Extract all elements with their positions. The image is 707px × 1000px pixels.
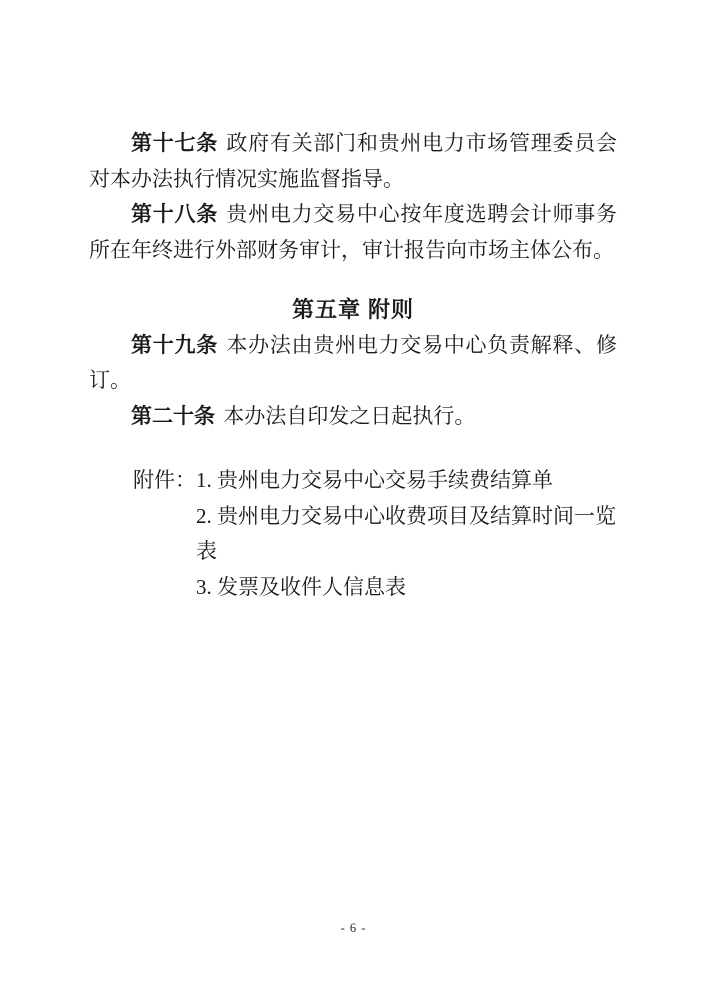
attachments-list: 1. 贵州电力交易中心交易手续费结算单 2. 贵州电力交易中心收费项目及结算时间… bbox=[196, 463, 617, 605]
chapter-heading: 第五章 附则 bbox=[89, 292, 617, 328]
attachment-item-3: 3. 发票及收件人信息表 bbox=[196, 570, 617, 606]
article-19-paragraph: 第十九条本办法由贵州电力交易中心负责解释、修订。 bbox=[89, 328, 617, 399]
article-17-paragraph: 第十七条政府有关部门和贵州电力市场管理委员会对本办法执行情况实施监督指导。 bbox=[89, 126, 617, 197]
article-20-number: 第二十条 bbox=[131, 405, 215, 428]
document-content: 第十七条政府有关部门和贵州电力市场管理委员会对本办法执行情况实施监督指导。 第十… bbox=[89, 126, 617, 605]
article-18-number: 第十八条 bbox=[131, 203, 218, 226]
article-20-paragraph: 第二十条本办法自印发之日起执行。 bbox=[89, 399, 617, 435]
attachment-item-1: 1. 贵州电力交易中心交易手续费结算单 bbox=[196, 463, 617, 499]
attachments-block: 附件： 1. 贵州电力交易中心交易手续费结算单 2. 贵州电力交易中心收费项目及… bbox=[89, 463, 617, 605]
article-18-paragraph: 第十八条贵州电力交易中心按年度选聘会计师事务所在年终进行外部财务审计，审计报告向… bbox=[89, 197, 617, 268]
article-17-number: 第十七条 bbox=[131, 132, 218, 155]
article-20-text: 本办法自印发之日起执行。 bbox=[223, 404, 475, 428]
attachment-item-2: 2. 贵州电力交易中心收费项目及结算时间一览表 bbox=[196, 499, 617, 570]
article-19-number: 第十九条 bbox=[131, 334, 218, 357]
attachments-label: 附件： bbox=[133, 463, 196, 499]
page-number: - 6 - bbox=[0, 921, 707, 936]
document-page: 第十七条政府有关部门和贵州电力市场管理委员会对本办法执行情况实施监督指导。 第十… bbox=[0, 0, 707, 1000]
